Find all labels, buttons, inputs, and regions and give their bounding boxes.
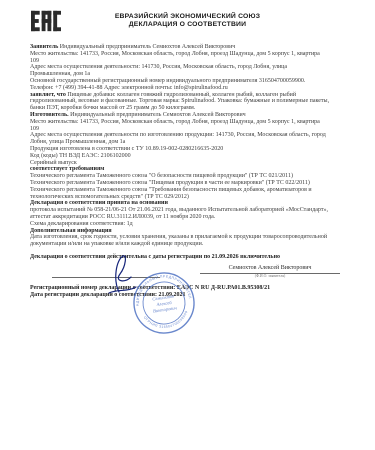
document-lines: Заявитель Индивидуальный предприниматель… [30, 44, 330, 261]
doc-line: Дата изготовления, срок годности, услови… [30, 234, 330, 248]
doc-line: Продукция изготовлена в соответствии с Т… [30, 146, 330, 153]
declaration-document: ЕВРАЗИЙСКИЙ ЭКОНОМИЧЕСКИЙ СОЮЗ ДЕКЛАРАЦИ… [0, 0, 375, 450]
doc-line: заявляет, что Пищевые добавки: коллаген … [30, 92, 330, 112]
doc-line: Код (коды) ТН ВЭД ЕАЭС: 2106102000 [30, 153, 330, 160]
doc-line: Изготовитель. Индивидуальный предпринима… [30, 112, 330, 119]
document-header: ЕВРАЗИЙСКИЙ ЭКОНОМИЧЕСКИЙ СОЮЗ ДЕКЛАРАЦИ… [0, 13, 375, 29]
doc-line: Схема декларирования соответствия: 1д [30, 221, 330, 228]
applicant-name-block: Семиохтов Алексей Викторович (Ф.И.О. зая… [200, 265, 340, 279]
applicant-name-caption: (Ф.И.О. заявителя) [200, 274, 340, 279]
doc-line: Технического регламента Таможенного союз… [30, 187, 330, 201]
declaration-title: ДЕКЛАРАЦИЯ О СООТВЕТСТВИИ [0, 21, 375, 29]
doc-line: Телефон: +7 (499) 394-41-88 Адрес электр… [30, 85, 330, 92]
doc-line: протокола испытаний № 058-21/06-21 От 21… [30, 207, 330, 221]
doc-line: Декларация о соответствии действительна … [30, 254, 330, 261]
doc-line: Адрес места осуществления деятельности: … [30, 64, 330, 78]
document-body: Заявитель Индивидуальный предприниматель… [30, 44, 330, 298]
applicant-name: Семиохтов Алексей Викторович [200, 265, 340, 274]
doc-line: Технического регламента Таможенного союз… [30, 173, 330, 180]
doc-line: Технического регламента Таможенного союз… [30, 180, 330, 187]
company-stamp: ИНДИВИДУАЛЬНЫЙ ПРЕДПРИНИМАТЕЛЬ ОГРНИП 31… [124, 263, 203, 342]
union-title: ЕВРАЗИЙСКИЙ ЭКОНОМИЧЕСКИЙ СОЮЗ [0, 13, 375, 21]
doc-line: Адрес места осуществления деятельности п… [30, 132, 330, 146]
doc-line: Место жительства: 141733, Россия, Москов… [30, 119, 330, 133]
doc-line: Заявитель Индивидуальный предприниматель… [30, 44, 330, 51]
doc-line: Основной государственный регистрационный… [30, 78, 330, 85]
doc-line: Место жительства: 141733, Россия, Москов… [30, 51, 330, 65]
